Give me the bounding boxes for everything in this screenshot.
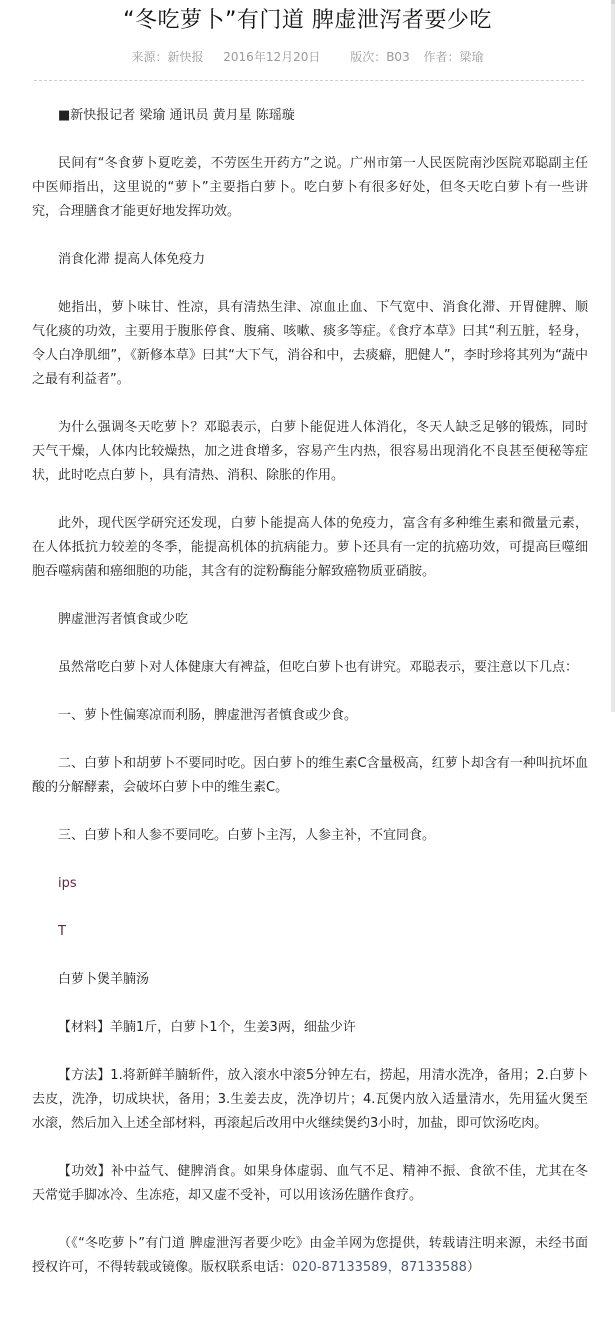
- recipe-method: 【方法】1.将新鲜羊腩斩件，放入滚水中滚5分钟左右，捞起，用清水洗净，备用；2.…: [32, 1064, 588, 1136]
- paragraph-properties: 她指出，萝卜味甘、性凉，具有清热生津、凉血止血、下气宽中、消食化滞、开胃健脾、顺…: [32, 296, 588, 392]
- copyright-phone: 020-87133589，87133588: [292, 1260, 467, 1275]
- recipe-effect: 【功效】补中益气、健脾消食。如果身体虚弱、血气不足、精神不振、食欲不佳，尤其在冬…: [32, 1160, 588, 1208]
- point-one: 一、萝卜性偏寒凉而利肠，脾虚泄泻者慎食或少食。: [32, 704, 588, 728]
- paragraph-immunity: 此外，现代医学研究还发现，白萝卜能提高人体的免疫力，富含有多种维生素和微量元素，…: [32, 512, 588, 584]
- recipe-ingredients: 【材料】羊腩1斤，白萝卜1个，生姜3两，细盐少许: [32, 1016, 588, 1040]
- byline: ■新快报记者 梁瑜 通讯员 黄月星 陈瑶璇: [32, 104, 588, 128]
- scrollbar-thumb[interactable]: [611, 0, 615, 4]
- article-body: ■新快报记者 梁瑜 通讯员 黄月星 陈瑶璇 民间有“冬食萝卜夏吃姜，不劳医生开药…: [32, 104, 588, 1304]
- scrollbar-track[interactable]: [611, 0, 615, 712]
- point-three: 三、白萝卜和人参不要同吃。白萝卜主泻，人参主补，不宜同食。: [32, 824, 588, 848]
- subheading-digestion: 消食化滞 提高人体免疫力: [32, 248, 588, 272]
- article-title: “冬吃萝卜”有门道 脾虚泄泻者要少吃: [0, 6, 615, 36]
- subheading-spleen: 脾虚泄泻者慎食或少吃: [32, 608, 588, 632]
- copyright-close: ）: [467, 1260, 480, 1275]
- paragraph-why-winter: 为什么强调冬天吃萝卜？邓聪表示，白萝卜能促进人体消化，冬天人缺乏足够的锻炼，同时…: [32, 416, 588, 488]
- recipe-title: 白萝卜煲羊腩汤: [32, 968, 588, 992]
- tips-label-part2: T: [32, 920, 588, 944]
- point-two: 二、白萝卜和胡萝卜不要同时吃。因白萝卜的维生素C含量极高，红萝卜却含有一种叫抗坏…: [32, 752, 588, 800]
- title-divider: [34, 80, 584, 81]
- meta-edition: 版次：B03: [350, 48, 410, 66]
- meta-author: 作者：梁瑜: [424, 48, 484, 66]
- meta-source: 来源：新快报: [131, 48, 203, 66]
- tips-label-part1: ips: [32, 872, 588, 896]
- meta-date: 2016年12月20日: [223, 48, 320, 66]
- paragraph-caution: 虽然常吃白萝卜对人体健康大有裨益，但吃白萝卜也有讲究。邓聪表示，要注意以下几点：: [32, 656, 588, 680]
- copyright-notice: （《“冬吃萝卜”有门道 脾虚泄泻者要少吃》由金羊网为您提供，转载请注明来源，未经…: [32, 1232, 588, 1280]
- paragraph-intro: 民间有“冬食萝卜夏吃姜，不劳医生开药方”之说。广州市第一人民医院南沙医院邓聪副主…: [32, 152, 588, 224]
- article-meta: 来源：新快报 2016年12月20日 版次：B03 作者：梁瑜: [0, 48, 615, 66]
